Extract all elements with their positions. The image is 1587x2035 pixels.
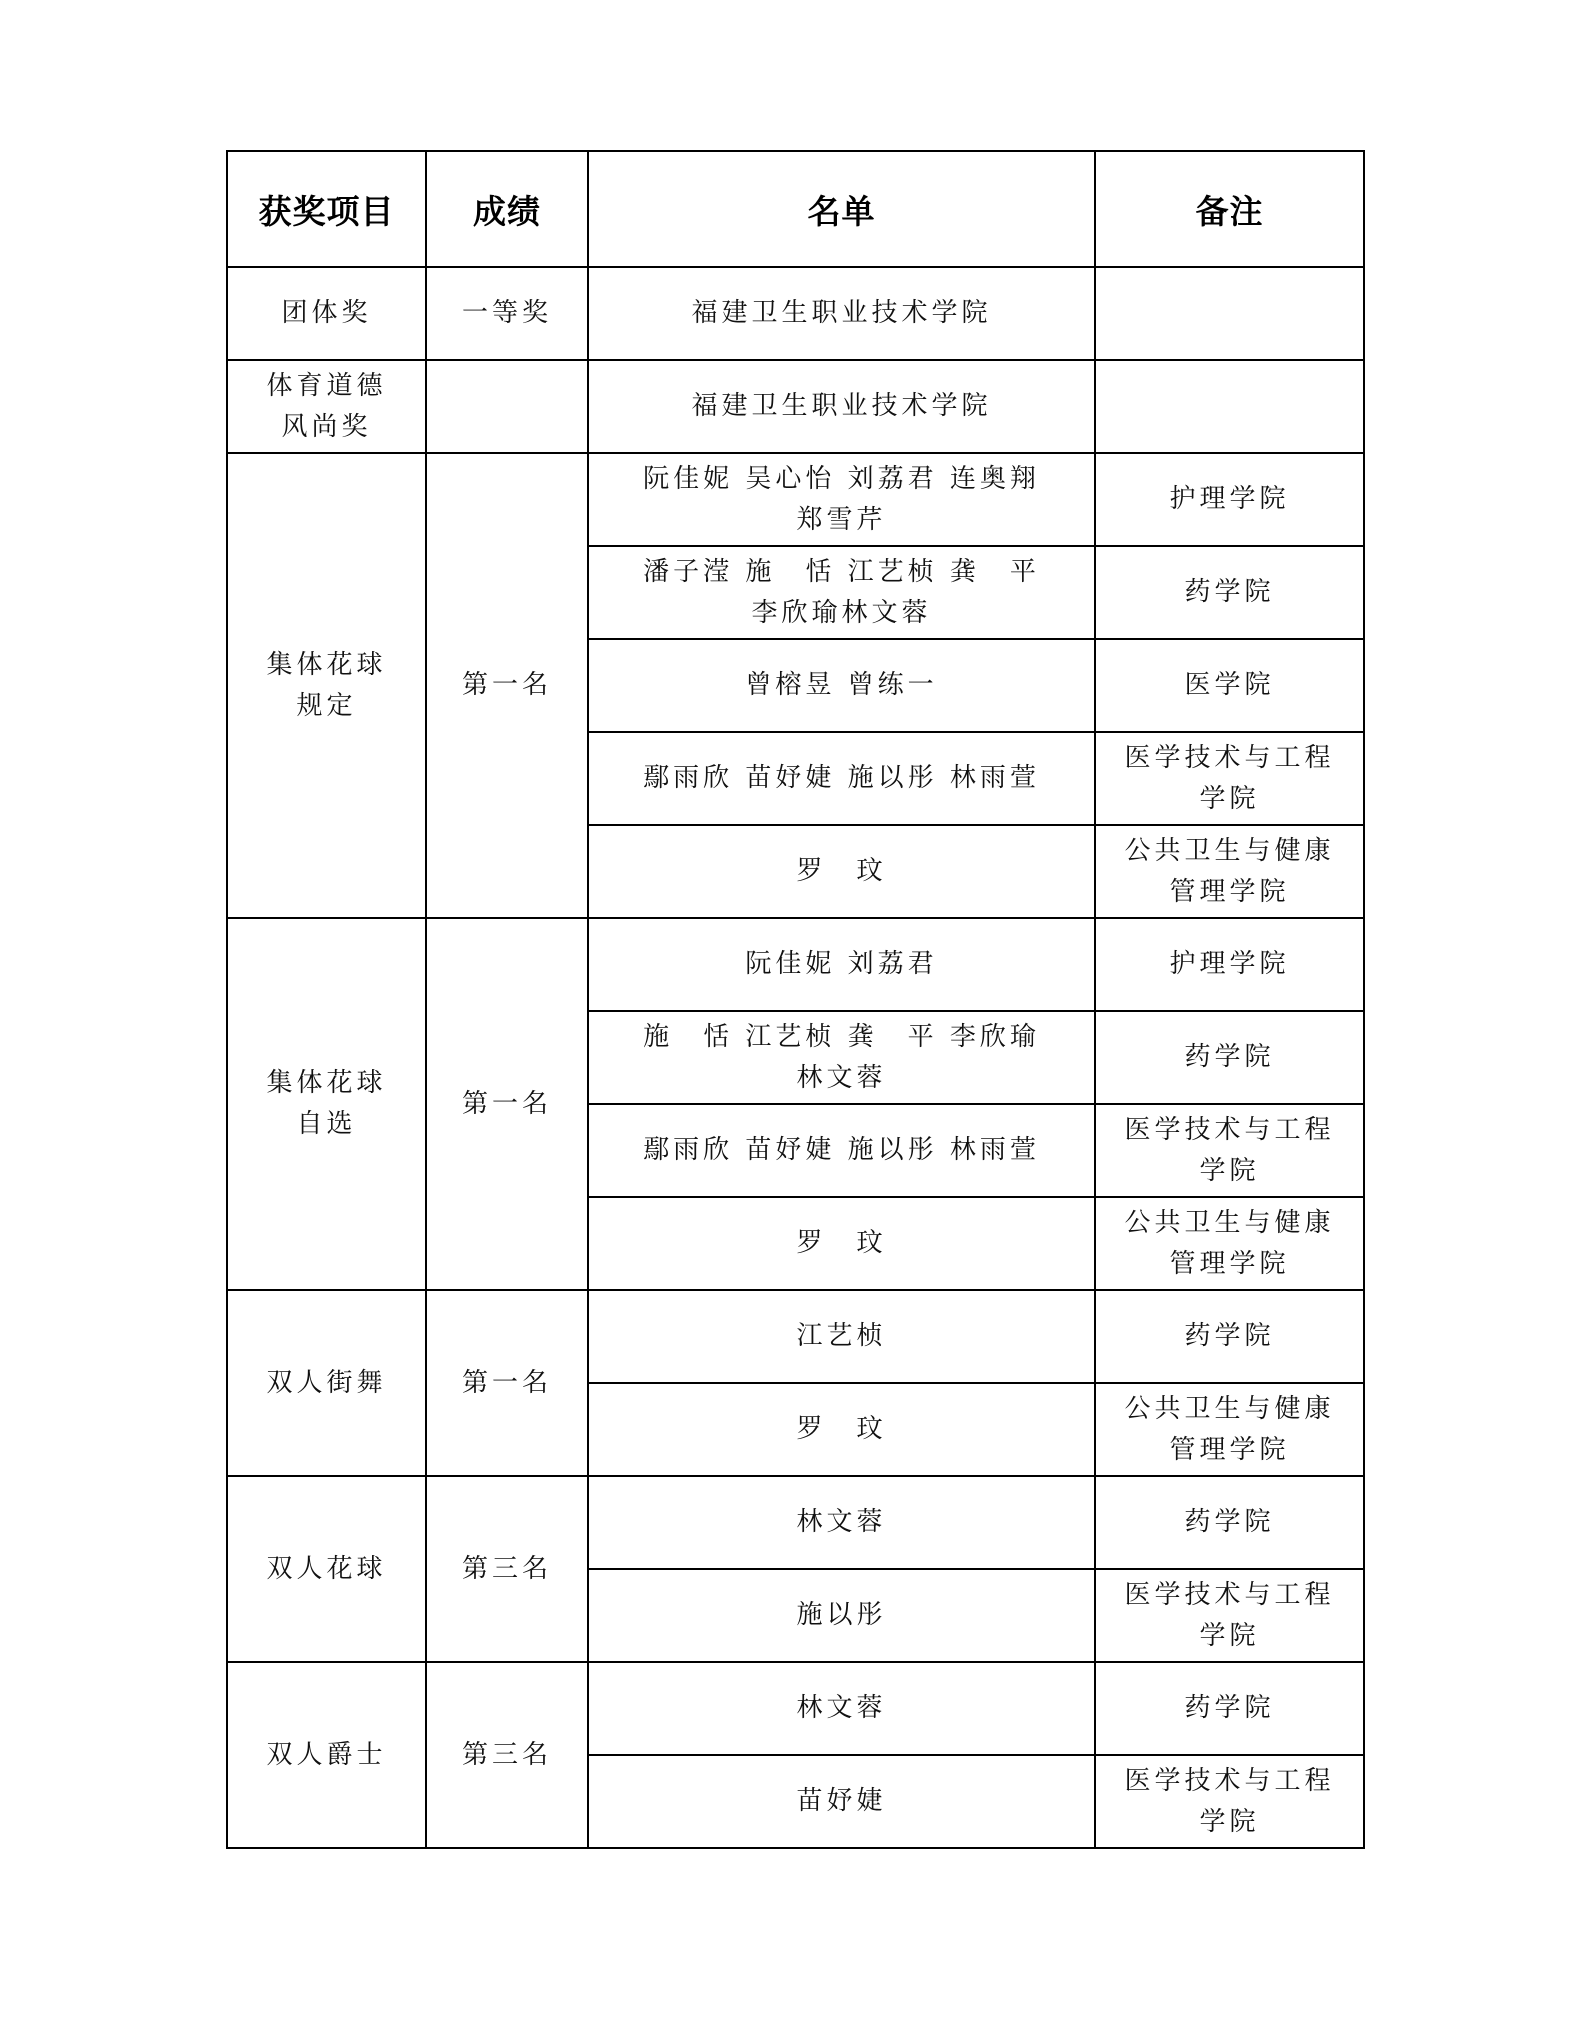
result-cell [426,360,588,453]
names-text: 福建卫生职业技术学院 [691,386,991,427]
names-text: 林文蓉 [796,1502,886,1543]
result-cell: 第一名 [426,1290,588,1476]
notes-cell: 医学技术与工程 学院 [1095,1755,1364,1848]
result-cell: 第一名 [426,453,588,918]
names-text: 潘子滢 施 恬 江艺桢 龚 平 李欣瑜林文蓉 [643,552,1040,634]
awards-table: 获奖项目 成绩 名单 备注 团体奖 一等奖 福建卫生职业技术学院 体育道德 风尚… [226,150,1365,1849]
table-row: 集体花球 规定 第一名 阮佳妮 吴心怡 刘荔君 连奥翔 郑雪芹 护理学院 [227,453,1364,546]
names-text: 福建卫生职业技术学院 [691,293,991,334]
notes-text: 医学技术与工程 学院 [1124,1761,1334,1843]
notes-cell [1095,267,1364,360]
table-row: 集体花球 自选 第一名 阮佳妮 刘荔君 护理学院 [227,918,1364,1011]
category-text: 体育道德 风尚奖 [266,366,386,448]
names-cell: 福建卫生职业技术学院 [588,360,1095,453]
notes-text: 医学技术与工程 学院 [1124,1110,1334,1192]
notes-text: 医学技术与工程 学院 [1124,738,1334,820]
notes-text: 护理学院 [1169,479,1289,520]
names-cell: 鄢雨欣 苗妤婕 施以彤 林雨萱 [588,1104,1095,1197]
names-cell: 江艺桢 [588,1290,1095,1383]
names-cell: 施以彤 [588,1569,1095,1662]
names-text: 阮佳妮 刘荔君 [745,944,937,985]
notes-cell: 药学院 [1095,1290,1364,1383]
result-cell: 第一名 [426,918,588,1290]
names-cell: 福建卫生职业技术学院 [588,267,1095,360]
notes-cell: 医学技术与工程 学院 [1095,1569,1364,1662]
names-cell: 施 恬 江艺桢 龚 平 李欣瑜 林文蓉 [588,1011,1095,1104]
result-cell: 第三名 [426,1662,588,1848]
notes-text: 药学院 [1184,1688,1274,1729]
names-text: 鄢雨欣 苗妤婕 施以彤 林雨萱 [643,1130,1040,1171]
notes-cell: 药学院 [1095,1011,1364,1104]
table-row: 双人爵士 第三名 林文蓉 药学院 [227,1662,1364,1755]
category-text: 双人街舞 [266,1363,386,1404]
names-cell: 阮佳妮 吴心怡 刘荔君 连奥翔 郑雪芹 [588,453,1095,546]
notes-text: 药学院 [1184,572,1274,613]
notes-text: 药学院 [1184,1316,1274,1357]
category-cell: 集体花球 自选 [227,918,426,1290]
names-text: 江艺桢 [796,1316,886,1357]
notes-text: 公共卫生与健康 管理学院 [1124,1389,1334,1471]
names-text: 曾榕昱 曾练一 [745,665,937,706]
header-result: 成绩 [426,151,588,267]
category-cell: 双人爵士 [227,1662,426,1848]
notes-cell: 医学技术与工程 学院 [1095,1104,1364,1197]
notes-text: 公共卫生与健康 管理学院 [1124,831,1334,913]
names-text: 林文蓉 [796,1688,886,1729]
names-cell: 罗 玟 [588,825,1095,918]
names-cell: 罗 玟 [588,1383,1095,1476]
names-cell: 苗妤婕 [588,1755,1095,1848]
result-text: 第一名 [462,665,552,706]
names-text: 罗 玟 [796,1409,886,1450]
names-text: 阮佳妮 吴心怡 刘荔君 连奥翔 郑雪芹 [643,459,1040,541]
result-text: 第三名 [462,1735,552,1776]
result-text: 第一名 [462,1363,552,1404]
names-text: 罗 玟 [796,851,886,892]
category-text: 双人爵士 [266,1735,386,1776]
result-cell: 一等奖 [426,267,588,360]
result-text: 第一名 [462,1084,552,1125]
category-cell: 双人花球 [227,1476,426,1662]
notes-cell: 药学院 [1095,546,1364,639]
notes-cell: 医学院 [1095,639,1364,732]
category-text: 集体花球 自选 [266,1063,386,1145]
result-cell: 第三名 [426,1476,588,1662]
table-row: 双人花球 第三名 林文蓉 药学院 [227,1476,1364,1569]
names-cell: 林文蓉 [588,1476,1095,1569]
notes-text: 护理学院 [1169,944,1289,985]
document-page: 获奖项目 成绩 名单 备注 团体奖 一等奖 福建卫生职业技术学院 体育道德 风尚… [0,0,1587,2035]
category-cell: 团体奖 [227,267,426,360]
names-cell: 潘子滢 施 恬 江艺桢 龚 平 李欣瑜林文蓉 [588,546,1095,639]
names-cell: 曾榕昱 曾练一 [588,639,1095,732]
notes-text: 公共卫生与健康 管理学院 [1124,1203,1334,1285]
notes-cell [1095,360,1364,453]
table-row: 团体奖 一等奖 福建卫生职业技术学院 [227,267,1364,360]
result-text: 第三名 [462,1549,552,1590]
notes-text: 医学技术与工程 学院 [1124,1575,1334,1657]
names-cell: 阮佳妮 刘荔君 [588,918,1095,1011]
table-header-row: 获奖项目 成绩 名单 备注 [227,151,1364,267]
names-cell: 罗 玟 [588,1197,1095,1290]
header-notes: 备注 [1095,151,1364,267]
category-cell: 体育道德 风尚奖 [227,360,426,453]
notes-text: 医学院 [1184,665,1274,706]
category-text: 团体奖 [281,293,371,334]
names-text: 鄢雨欣 苗妤婕 施以彤 林雨萱 [643,758,1040,799]
table-row: 双人街舞 第一名 江艺桢 药学院 [227,1290,1364,1383]
names-text: 施 恬 江艺桢 龚 平 李欣瑜 林文蓉 [643,1017,1040,1099]
category-text: 双人花球 [266,1549,386,1590]
category-text: 集体花球 规定 [266,645,386,727]
header-names: 名单 [588,151,1095,267]
names-cell: 鄢雨欣 苗妤婕 施以彤 林雨萱 [588,732,1095,825]
notes-text: 药学院 [1184,1502,1274,1543]
result-text: 一等奖 [462,293,552,334]
notes-cell: 公共卫生与健康 管理学院 [1095,825,1364,918]
notes-cell: 护理学院 [1095,918,1364,1011]
notes-cell: 护理学院 [1095,453,1364,546]
names-text: 苗妤婕 [796,1781,886,1822]
notes-cell: 公共卫生与健康 管理学院 [1095,1383,1364,1476]
header-category: 获奖项目 [227,151,426,267]
names-cell: 林文蓉 [588,1662,1095,1755]
table-row: 体育道德 风尚奖 福建卫生职业技术学院 [227,360,1364,453]
category-cell: 双人街舞 [227,1290,426,1476]
category-cell: 集体花球 规定 [227,453,426,918]
notes-cell: 医学技术与工程 学院 [1095,732,1364,825]
names-text: 施以彤 [796,1595,886,1636]
notes-text: 药学院 [1184,1037,1274,1078]
names-text: 罗 玟 [796,1223,886,1264]
notes-cell: 药学院 [1095,1476,1364,1569]
notes-cell: 药学院 [1095,1662,1364,1755]
notes-cell: 公共卫生与健康 管理学院 [1095,1197,1364,1290]
